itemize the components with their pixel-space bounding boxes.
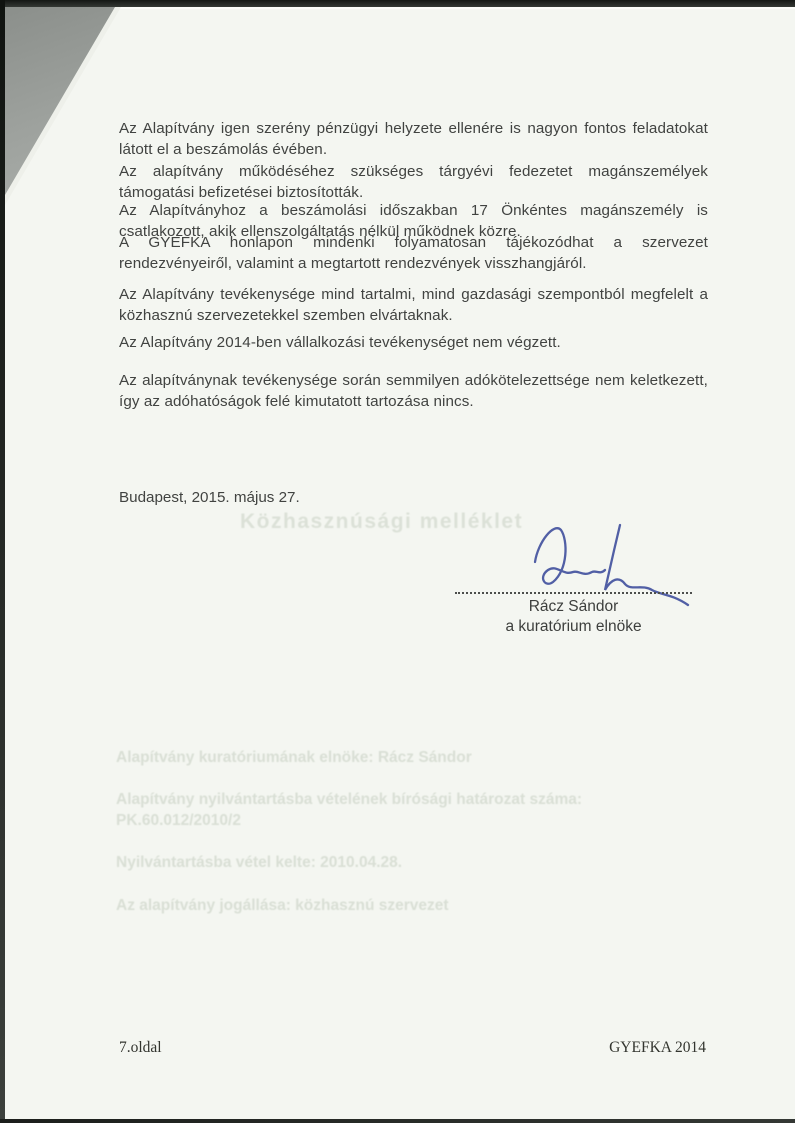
footer-doc-label: GYEFKA 2014 xyxy=(609,1039,706,1057)
ghost-line-representative: Alapítvány kuratóriumának elnöke: Rácz S… xyxy=(116,749,472,767)
paragraph-funding: Az alapítvány működéséhez szükséges tárg… xyxy=(119,162,708,203)
footer-page-number: 7.oldal xyxy=(119,1039,162,1057)
scan-edge-left xyxy=(0,0,5,1123)
ghost-line-registration: Alapítvány nyilvántartásba vételének bír… xyxy=(116,791,582,809)
ghost-line-registration-date: Nyilvántartásba vétel kelte: 2010.04.28. xyxy=(116,854,402,872)
paragraph-financial-situation: Az Alapítvány igen szerény pénzügyi hely… xyxy=(119,119,708,160)
paragraph-no-tax-liability: Az alapítványnak tevékenysége során semm… xyxy=(119,371,708,412)
folded-corner-shadow xyxy=(5,7,115,195)
signatory-title: a kuratórium elnöke xyxy=(455,618,692,636)
dateline: Budapest, 2015. május 27. xyxy=(119,489,300,506)
scan-edge-top xyxy=(0,0,795,7)
paragraph-no-business-activity: Az Alapítvány 2014-ben vállalkozási tevé… xyxy=(119,333,708,354)
scan-edge-bottom xyxy=(0,1119,795,1123)
paragraph-compliance: Az Alapítvány tevékenysége mind tartalmi… xyxy=(119,285,708,326)
ghost-heading: Közhasznúsági melléklet xyxy=(240,510,523,534)
paragraph-website: A GYEFKA honlapon mindenki folyamatosan … xyxy=(119,233,708,274)
signature-dotted-line xyxy=(455,575,692,594)
signatory-name: Rácz Sándor xyxy=(455,598,692,616)
ghost-line-legal-status: Az alapítvány jogállása: közhasznú szerv… xyxy=(116,897,449,915)
ghost-line-case-number: PK.60.012/2010/2 xyxy=(116,812,241,830)
